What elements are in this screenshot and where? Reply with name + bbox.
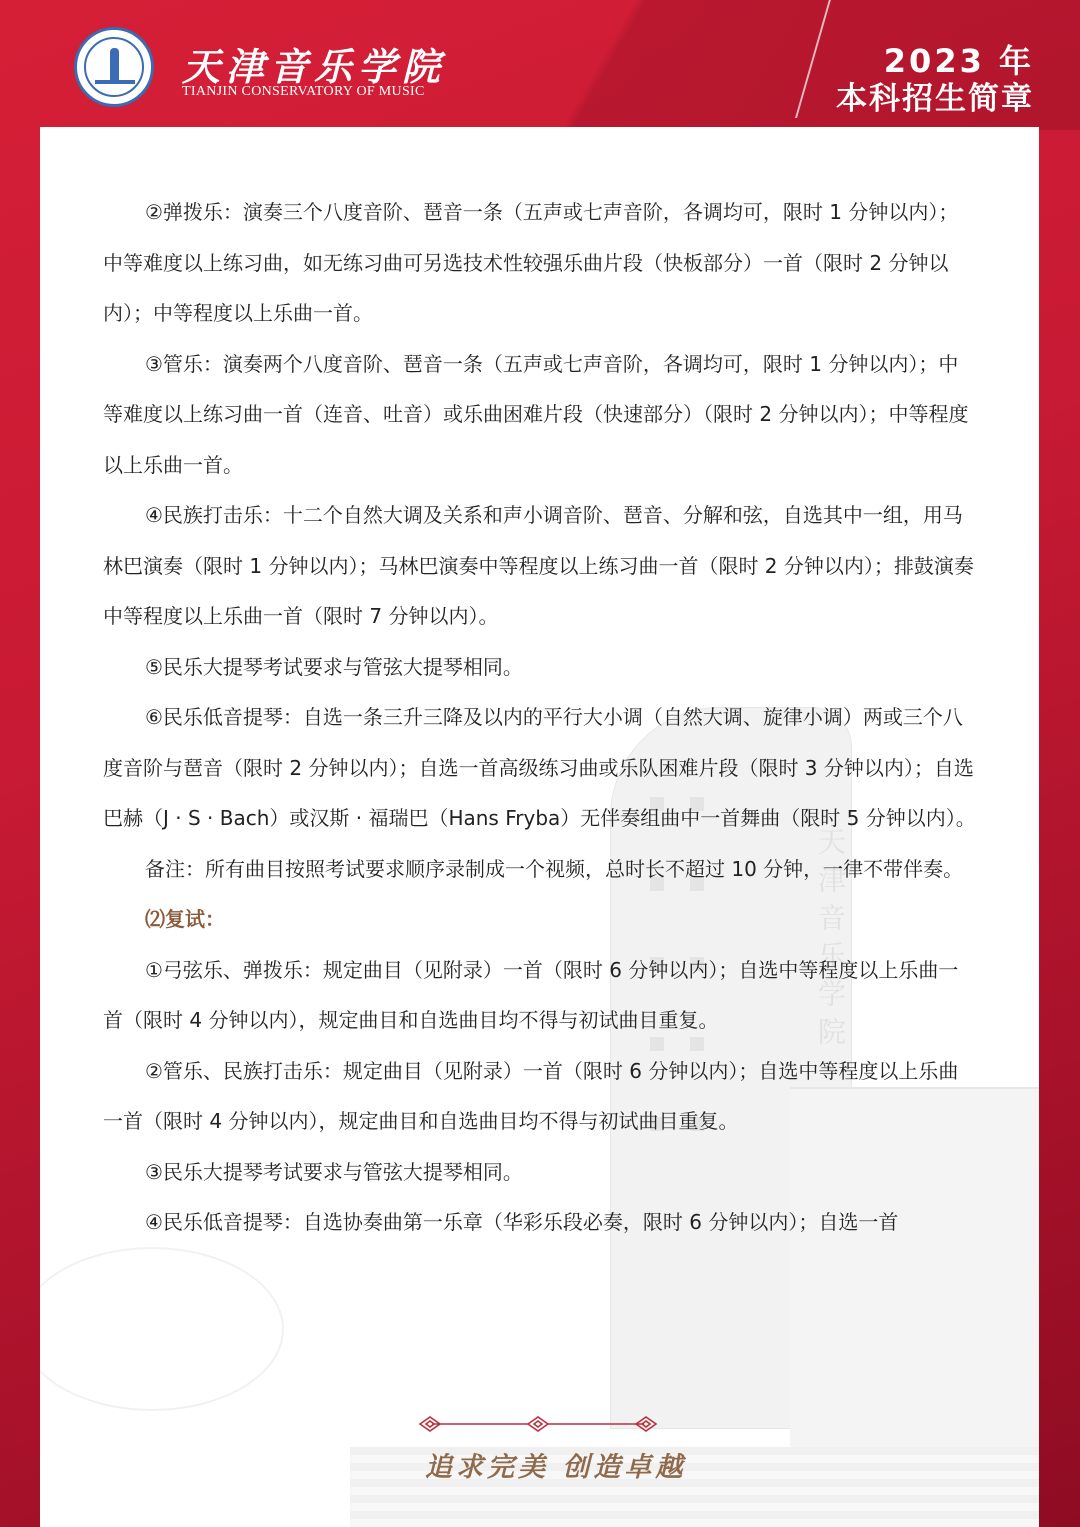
school-name-en: TIANJIN CONSERVATORY OF MUSIC [182,84,425,100]
paragraph-retest-cello: ③民乐大提琴考试要求与管弦大提琴相同。 [103,1147,977,1198]
emblem-tower [110,48,119,82]
document-body: ②弹拨乐：演奏三个八度音阶、琶音一条（五声或七声音阶，各调均可，限时 1 分钟以… [103,187,977,1248]
section-heading-retest: ⑵复试： [103,894,977,945]
paragraph-double-bass: ⑥民乐低音提琴：自选一条三升三降及以内的平行大小调（自然大调、旋律小调）两或三个… [103,692,977,844]
school-name-cn: 天津音乐学院 [182,36,446,91]
content-card: 天津音乐学院 ②弹拨乐：演奏三个八度音阶、琶音一条（五声或七声音阶，各调均可，限… [40,127,1039,1527]
paragraph-retest-wind: ②管乐、民族打击乐：规定曲目（见附录）一首（限时 6 分钟以内）；自选中等程度以… [103,1046,977,1147]
paragraph-plucked: ②弹拨乐：演奏三个八度音阶、琶音一条（五声或七声音阶，各调均可，限时 1 分钟以… [103,187,977,339]
ruyi-line-ornament-icon [418,1414,658,1434]
brochure-title: 本科招生简章 [836,73,1034,118]
paragraph-note: 备注：所有曲目按照考试要求顺序录制成一个视频，总时长不超过 10 分钟，一律不带… [103,844,977,895]
paragraph-cello: ⑤民乐大提琴考试要求与管弦大提琴相同。 [103,642,977,693]
emblem-base [95,80,135,84]
paragraph-wind: ③管乐：演奏两个八度音阶、琶音一条（五声或七声音阶，各调均可，限时 1 分钟以内… [103,339,977,491]
paragraph-percussion: ④民族打击乐：十二个自然大调及关系和声小调音阶、琶音、分解和弦，自选其中一组，用… [103,490,977,642]
school-motto: 追求完美 创造卓越 [425,1445,686,1484]
paragraph-retest-double-bass: ④民乐低音提琴：自选协奏曲第一乐章（华彩乐段必奏，限时 6 分钟以内）；自选一首 [103,1197,977,1248]
music-notes-watermark [40,1247,284,1411]
school-emblem-icon [74,27,154,107]
paragraph-retest-strings: ①弓弦乐、弹拨乐：规定曲目（见附录）一首（限时 6 分钟以内）；自选中等程度以上… [103,945,977,1046]
